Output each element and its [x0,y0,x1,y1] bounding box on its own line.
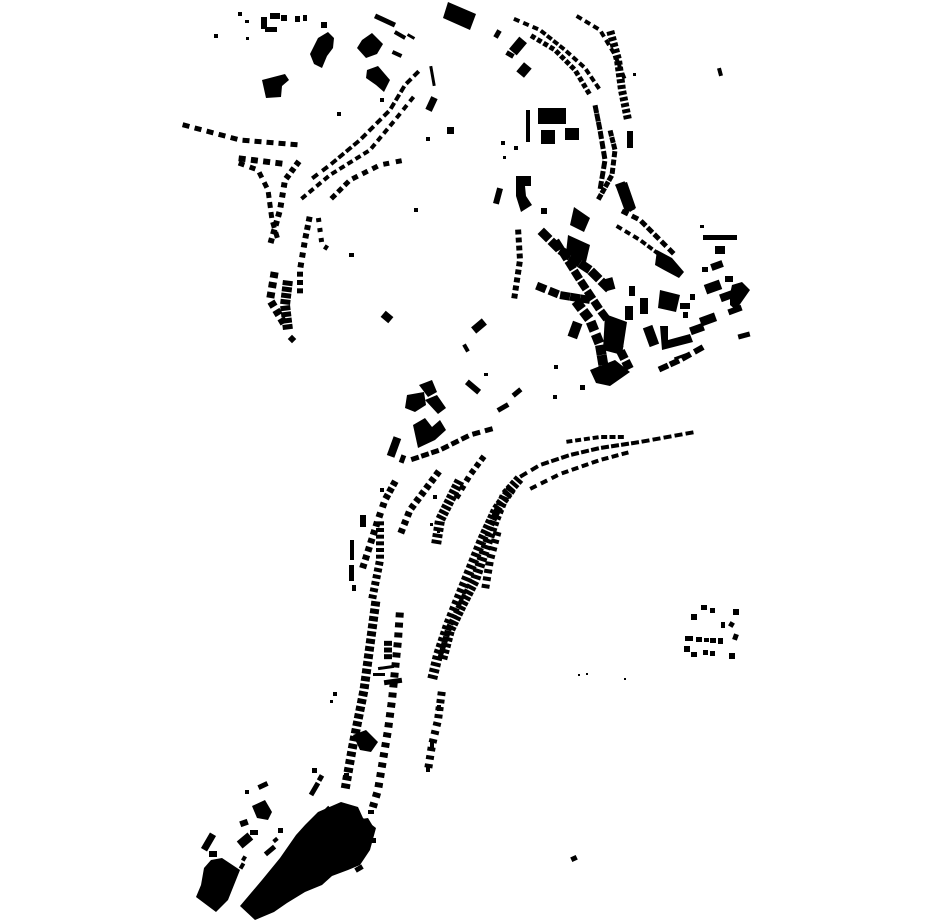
building-footprint [484,373,488,376]
building-footprint [414,208,418,212]
building-footprint [321,22,327,28]
building-footprint [297,262,304,268]
building-footprint [349,253,354,257]
map-background [0,0,930,924]
building-footprint [278,828,283,833]
building-footprint [267,202,273,209]
building-footprint [733,609,739,615]
building-footprint [376,521,384,525]
building-footprint [384,654,392,659]
building-footprint [209,851,217,857]
building-footprint [517,253,523,258]
building-footprint [611,159,617,166]
building-footprint [612,151,618,158]
building-footprint [703,650,708,655]
building-footprint [297,288,303,293]
building-footprint [426,137,430,141]
building-footprint [278,141,285,147]
building-footprint [725,276,733,282]
building-footprint [337,112,341,116]
building-footprint [330,700,333,703]
building-footprint [376,535,384,539]
building-footprint [281,182,288,188]
building-footprint [578,674,580,676]
building-footprint [266,140,273,146]
building-footprint [704,638,709,642]
building-footprint [376,528,384,532]
building-footprint [721,622,725,628]
building-footprint [625,306,633,320]
building-footprint [246,37,249,40]
building-footprint [266,192,272,199]
building-footprint [395,622,403,628]
building-footprint [618,435,624,439]
building-footprint [214,34,218,38]
building-footprint [515,269,522,275]
building-footprint [350,540,354,560]
building-footprint [703,235,737,240]
building-footprint [393,642,401,648]
building-footprint [690,294,695,300]
building-footprint [349,565,354,581]
building-footprint [380,98,384,102]
building-footprint [333,692,337,696]
building-footprint [559,291,570,301]
building-footprint [526,110,530,142]
building-footprint [384,648,392,653]
building-footprint [683,312,688,318]
building-footprint [566,439,573,444]
building-footprint [312,768,317,773]
building-footprint [388,692,396,698]
building-footprint [281,15,287,21]
building-footprint [303,15,307,21]
building-footprint [437,705,441,711]
map-canvas [0,0,930,924]
building-footprint [316,218,321,223]
building-footprint [390,672,398,678]
building-footprint [242,138,249,144]
building-footprint [376,548,384,552]
building-footprint [384,722,393,728]
building-footprint [554,365,558,369]
building-footprint [268,212,274,219]
building-footprint [684,646,690,652]
figure-ground-map [0,0,930,924]
building-footprint [430,523,433,526]
building-footprint [586,673,588,675]
building-footprint [376,541,384,545]
building-footprint [301,242,308,248]
building-footprint [279,192,286,198]
building-footprint [295,16,300,22]
building-footprint [541,130,555,144]
building-footprint [270,13,280,19]
building-footprint [514,146,518,150]
building-footprint [299,252,306,258]
building-footprint [538,108,566,124]
building-footprint [396,612,404,618]
building-footprint [245,790,249,794]
building-footprint [501,141,505,145]
building-footprint [516,245,522,250]
building-footprint [344,773,349,778]
building-footprint [263,158,271,165]
building-footprint [386,712,395,718]
building-footprint [277,202,284,208]
building-footprint [265,27,277,32]
building-footprint [503,156,506,159]
building-footprint [627,131,633,148]
building-footprint [610,435,616,439]
building-footprint [373,673,385,676]
building-footprint [430,742,434,748]
building-footprint [584,436,591,441]
building-footprint [372,838,376,843]
building-footprint [392,652,400,658]
building-footprint [624,678,626,680]
building-footprint [710,638,716,643]
building-footprint [250,830,258,835]
building-footprint [251,157,259,164]
building-footprint [511,293,518,299]
building-footprint [394,632,402,638]
building-footprint [715,246,725,254]
building-footprint [691,652,697,657]
building-footprint [541,208,547,214]
building-footprint [426,766,430,772]
building-footprint [360,515,366,527]
building-footprint [380,488,384,492]
building-footprint [447,127,454,134]
building-footprint [376,555,384,559]
building-footprint [514,277,521,283]
building-footprint [592,435,599,440]
building-footprint [701,605,707,610]
building-footprint [691,614,697,620]
building-footprint [700,225,704,228]
building-footprint [696,637,702,642]
building-footprint [433,495,437,499]
building-footprint [254,139,261,145]
building-footprint [516,261,523,267]
building-footprint [610,168,616,175]
building-footprint [515,229,521,234]
building-footprint [702,267,708,272]
building-footprint [565,128,579,140]
building-footprint [729,653,735,659]
building-footprint [437,530,440,533]
building-footprint [575,438,582,443]
building-footprint [553,395,557,399]
building-footprint [319,238,324,243]
building-footprint [297,280,303,285]
building-footprint [512,285,519,291]
building-footprint [718,638,723,644]
building-footprint [275,160,283,167]
building-footprint [290,142,297,148]
building-footprint [368,810,374,814]
building-footprint [317,228,322,233]
building-footprint [516,237,522,242]
building-footprint [640,298,648,314]
building-footprint [680,303,690,309]
building-footprint [297,272,303,277]
building-footprint [710,608,715,613]
building-footprint [580,385,585,390]
building-footprint [387,702,396,708]
building-footprint [384,641,392,646]
building-footprint [685,636,693,641]
building-footprint [633,73,636,76]
building-footprint [238,12,242,16]
building-footprint [352,585,356,591]
building-footprint [629,286,635,296]
building-footprint [710,651,715,656]
building-footprint [245,20,249,23]
building-footprint [601,435,607,439]
